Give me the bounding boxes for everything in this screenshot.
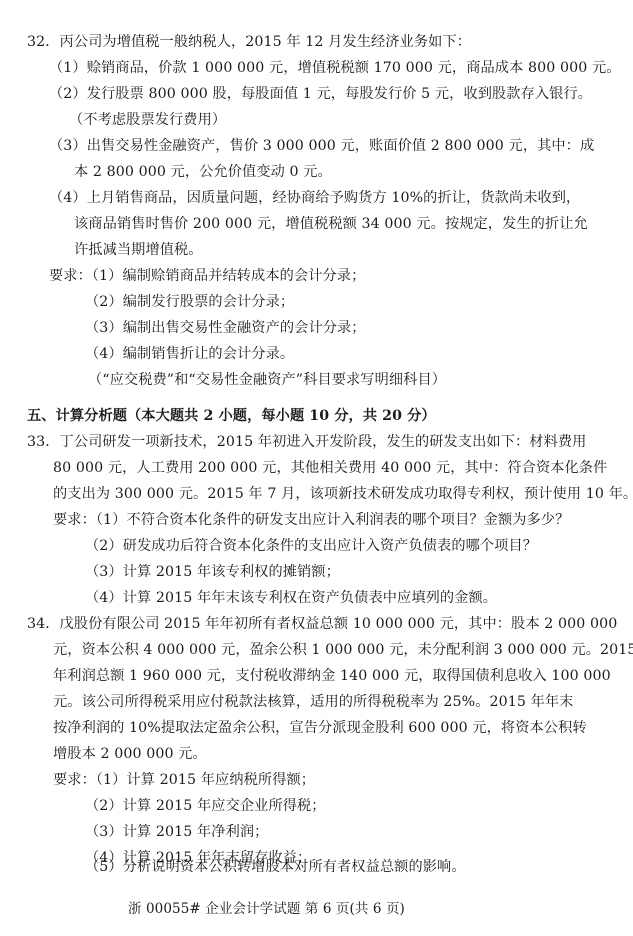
q34-requirement-5: （5）分析说明资本公积转增股本对所有者权益总额的影响。 <box>85 858 466 876</box>
q32-item-2: （2）发行股票 800 000 股，每股面值 1 元，每股发行价 5 元，收到股… <box>49 85 592 103</box>
q34-line-3: 年利润总额 1 960 000 元，支付税收滞纳金 140 000 元，取得国债… <box>53 667 611 685</box>
q33-requirement-4: （4）计算 2015 年年末该专利权在资产负债表中应填列的金额。 <box>85 589 497 607</box>
q32-item-3: （3）出售交易性金融资产，售价 3 000 000 元，账面价值 2 800 0… <box>49 137 594 155</box>
q32-item-3-cont: 本 2 800 000 元，公允价值变动 0 元。 <box>74 163 332 181</box>
q32-requirement-1: 要求：（1）编制赊销商品并结转成本的会计分录； <box>49 267 365 285</box>
q34-requirement-3: （3）计算 2015 年净利润； <box>85 823 268 841</box>
q33-line-1: 33．丁公司研发一项新技术，2015 年初进入开发阶段，发生的研发支出如下：材料… <box>27 433 586 451</box>
q32-requirement-3: （3）编制出售交易性金融资产的会计分录； <box>85 319 366 337</box>
q33-requirement-2: （2）研发成功后符合资本化条件的支出应计入资产负债表的哪个项目？ <box>85 537 537 555</box>
q34-line-2: 元，资本公积 4 000 000 元，盈余公积 1 000 000 元，未分配利… <box>53 641 633 659</box>
q34-line-6: 增股本 2 000 000 元。 <box>53 745 207 763</box>
q32-item-4: （4）上月销售商品，因质量问题，经协商给予购货方 10%的折让，货款尚未收到， <box>49 189 580 207</box>
q32-requirement-4: （4）编制销售折让的会计分录。 <box>85 345 294 363</box>
q34-requirement-2: （2）计算 2015 年应交企业所得税； <box>85 797 326 815</box>
q32-item-2-note: （不考虑股票发行费用） <box>69 111 226 129</box>
exam-page: 32．丙公司为增值税一般纳税人，2015 年 12 月发生经济业务如下： （1）… <box>0 0 633 936</box>
q32-item-4-cont-2: 许抵减当期增值税。 <box>74 241 203 259</box>
q32-item-1: （1）赊销商品，价款 1 000 000 元，增值税税额 170 000 元，商… <box>49 59 621 77</box>
q34-line-4: 元。该公司所得税采用应付税款法核算，适用的所得税税率为 25%。2015 年年末 <box>53 693 573 711</box>
q33-requirement-1: 要求：（1）不符合资本化条件的研发支出应计入利润表的哪个项目？金额为多少？ <box>53 511 569 529</box>
q32-requirement-note: （“应交税费”和“交易性金融资产”科目要求写明细科目） <box>88 371 446 389</box>
q34-requirement-1: 要求：（1）计算 2015 年应纳税所得额； <box>53 771 315 789</box>
q32-item-4-cont-1: 该商品销售时售价 200 000 元，增值税税额 34 000 元。按规定，发生… <box>74 215 588 233</box>
section-heading: 五、计算分析题（本大题共 2 小题，每小题 10 分，共 20 分） <box>27 407 436 425</box>
q34-line-1: 34．戊股份有限公司 2015 年年初所有者权益总额 10 000 000 元，… <box>27 615 617 633</box>
q34-line-5: 按净利润的 10%提取法定盈余公积，宣告分派现金股利 600 000 元，将资本… <box>53 719 587 737</box>
page-footer: 浙 00055# 企业会计学试题 第 6 页(共 6 页) <box>128 900 405 918</box>
q33-line-2: 80 000 元，人工费用 200 000 元，其他相关费用 40 000 元，… <box>53 459 607 477</box>
q33-requirement-3: （3）计算 2015 年该专利权的摊销额； <box>85 563 340 581</box>
q32-stem: 32．丙公司为增值税一般纳税人，2015 年 12 月发生经济业务如下： <box>27 33 471 51</box>
q33-line-3: 的支出为 300 000 元。2015 年 7 月，该项新技术研发成功取得专利权… <box>53 485 633 503</box>
q32-requirement-2: （2）编制发行股票的会计分录； <box>85 293 294 311</box>
